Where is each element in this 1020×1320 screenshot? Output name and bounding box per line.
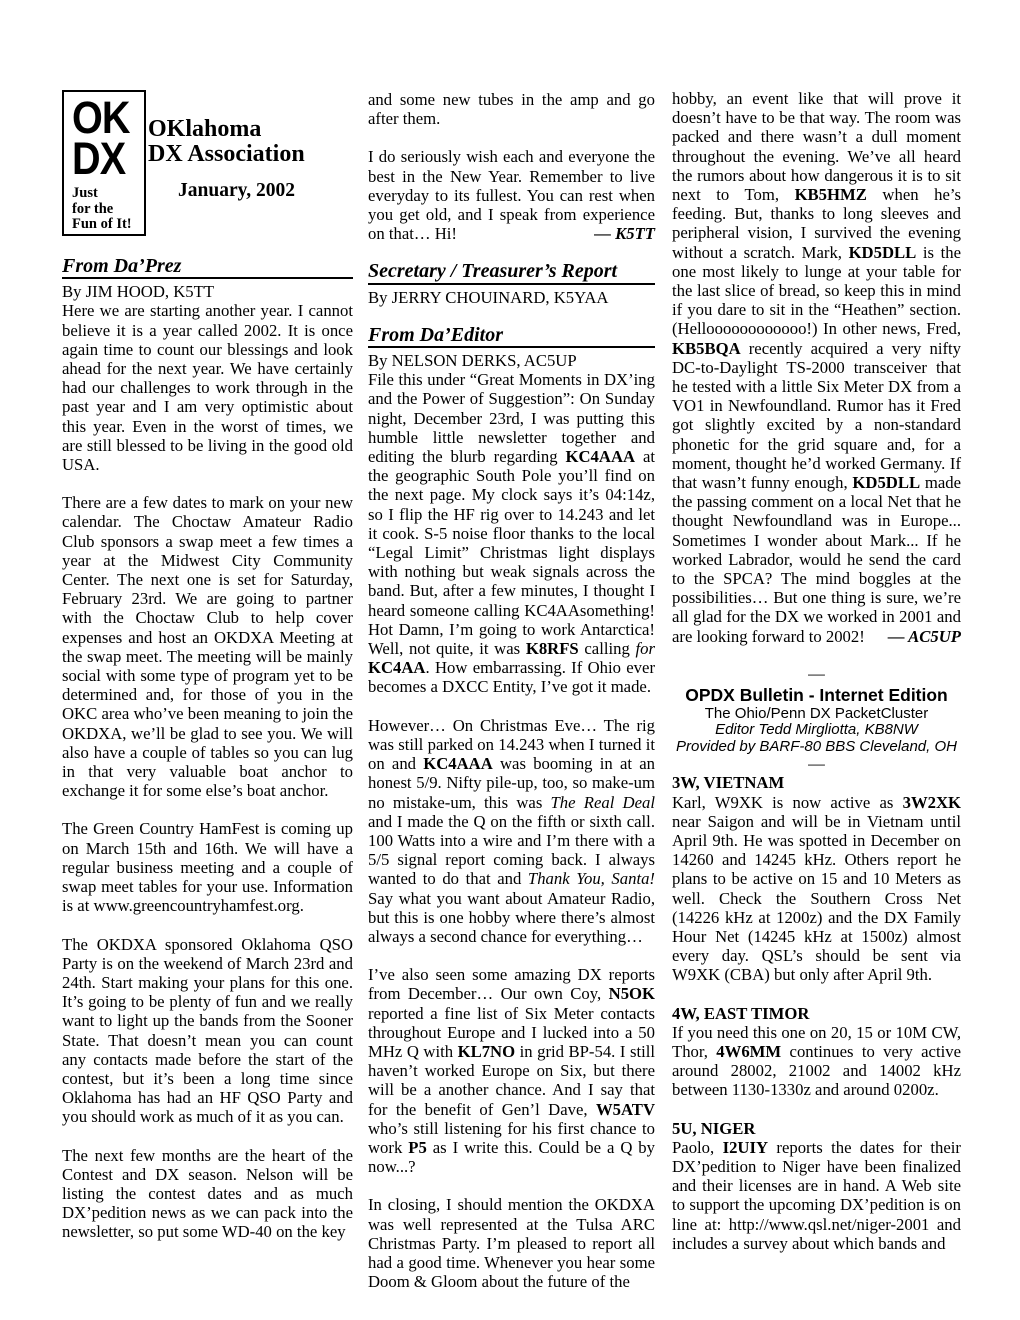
section-divider: —	[672, 755, 961, 773]
paragraph: In closing, I should mention the OKDXA w…	[368, 1195, 655, 1291]
emphasis: for	[636, 639, 655, 658]
section-heading: Secretary / Treasurer’s Report	[368, 262, 655, 284]
okdx-logo: OK DX Just for the Fun of It!	[62, 90, 146, 236]
paragraph: I do seriously wish each and everyone th…	[368, 147, 655, 243]
logo-line-dx: DX	[72, 138, 135, 179]
callsign: 4W6MM	[716, 1042, 781, 1061]
paragraph: hobby, an event like that will prove it …	[672, 89, 961, 646]
paragraph: and some new tubes in the amp and go aft…	[368, 90, 655, 128]
callsign: K8RFS	[526, 639, 579, 658]
paragraph: There are a few dates to mark on your ne…	[62, 493, 353, 800]
opdx-bulletin-title: OPDX Bulletin - Internet Edition	[672, 685, 961, 706]
paragraph: However… On Christmas Eve… The rig was s…	[368, 716, 655, 946]
byline: By NELSON DERKS, AC5UP	[368, 351, 655, 370]
callsign: I2UIY	[723, 1138, 768, 1157]
newsletter-page: OK DX Just for the Fun of It! OKlahoma D…	[0, 0, 1020, 1320]
paragraph: File this under “Great Moments in DX’ing…	[368, 370, 655, 696]
logo-line-ok: OK	[72, 97, 135, 138]
opdx-bulletin-subtitle: Provided by BARF-80 BBS Cleveland, OH	[672, 739, 961, 756]
paragraph: I’ve also seen some amazing DX reports f…	[368, 965, 655, 1176]
newsletter-title: OKlahoma DX Association	[148, 117, 305, 167]
okdx-logo-letters: OK DX	[72, 97, 135, 179]
column-3: hobby, an event like that will prove it …	[672, 89, 961, 1272]
byline: By JERRY CHOUINARD, K5YAA	[368, 288, 655, 307]
callsign: 3W2XK	[903, 793, 961, 812]
callsign: KD5DLL	[852, 473, 920, 492]
tagline-line: for the	[72, 202, 144, 218]
column-1: From Da’PrezBy JIM HOOD, K5TTHere we are…	[62, 257, 353, 1261]
dx-country-heading: 5U, NIGER	[672, 1119, 961, 1138]
issue-date: January, 2002	[178, 180, 295, 202]
paragraph: If you need this one on 20, 15 or 10M CW…	[672, 1023, 961, 1100]
callsign: KC4AAA	[423, 754, 493, 773]
byline: By JIM HOOD, K5TT	[62, 282, 353, 301]
author-signature: — K5TT	[594, 224, 655, 243]
author-signature: — AC5UP	[888, 627, 961, 646]
column-2: and some new tubes in the amp and go aft…	[368, 90, 655, 1310]
title-line-1: OKlahoma	[148, 117, 305, 142]
dx-country-heading: 4W, EAST TIMOR	[672, 1004, 961, 1023]
paragraph: The Green Country HamFest is coming up o…	[62, 819, 353, 915]
tagline-line: Just	[72, 186, 144, 202]
emphasis: Thank You, Santa!	[528, 869, 655, 888]
callsign: KB5BQA	[672, 339, 741, 358]
paragraph: The next few months are the heart of the…	[62, 1146, 353, 1242]
opdx-bulletin-subtitle: Editor Tedd Mirgliotta, KB8NW	[672, 722, 961, 739]
paragraph: The OKDXA sponsored Oklahoma QSO Party i…	[62, 935, 353, 1127]
emphasis: The Real Deal	[551, 793, 655, 812]
title-line-2: DX Association	[148, 142, 305, 167]
callsign: W5ATV	[596, 1100, 655, 1119]
section-divider: —	[672, 665, 961, 683]
paragraph: Here we are starting another year. I can…	[62, 301, 353, 474]
tagline-line: Fun of It!	[72, 217, 144, 233]
logo-tagline: Just for the Fun of It!	[72, 186, 144, 233]
callsign: KC4AA	[368, 658, 425, 677]
callsign: KL7NO	[458, 1042, 516, 1061]
paragraph: Paolo, I2UIY reports the dates for their…	[672, 1138, 961, 1253]
callsign: KC4AAA	[566, 447, 636, 466]
paragraph: Karl, W9XK is now active as 3W2XK near S…	[672, 793, 961, 985]
opdx-bulletin-subtitle: The Ohio/Penn DX PacketCluster	[672, 706, 961, 723]
callsign: N5OK	[609, 984, 655, 1003]
dx-country-heading: 3W, VIETNAM	[672, 773, 961, 792]
section-heading: From Da’Prez	[62, 257, 353, 279]
section-heading: From Da’Editor	[368, 326, 655, 348]
callsign: KD5DLL	[849, 243, 917, 262]
callsign: KB5HMZ	[795, 185, 867, 204]
callsign: P5	[408, 1138, 427, 1157]
